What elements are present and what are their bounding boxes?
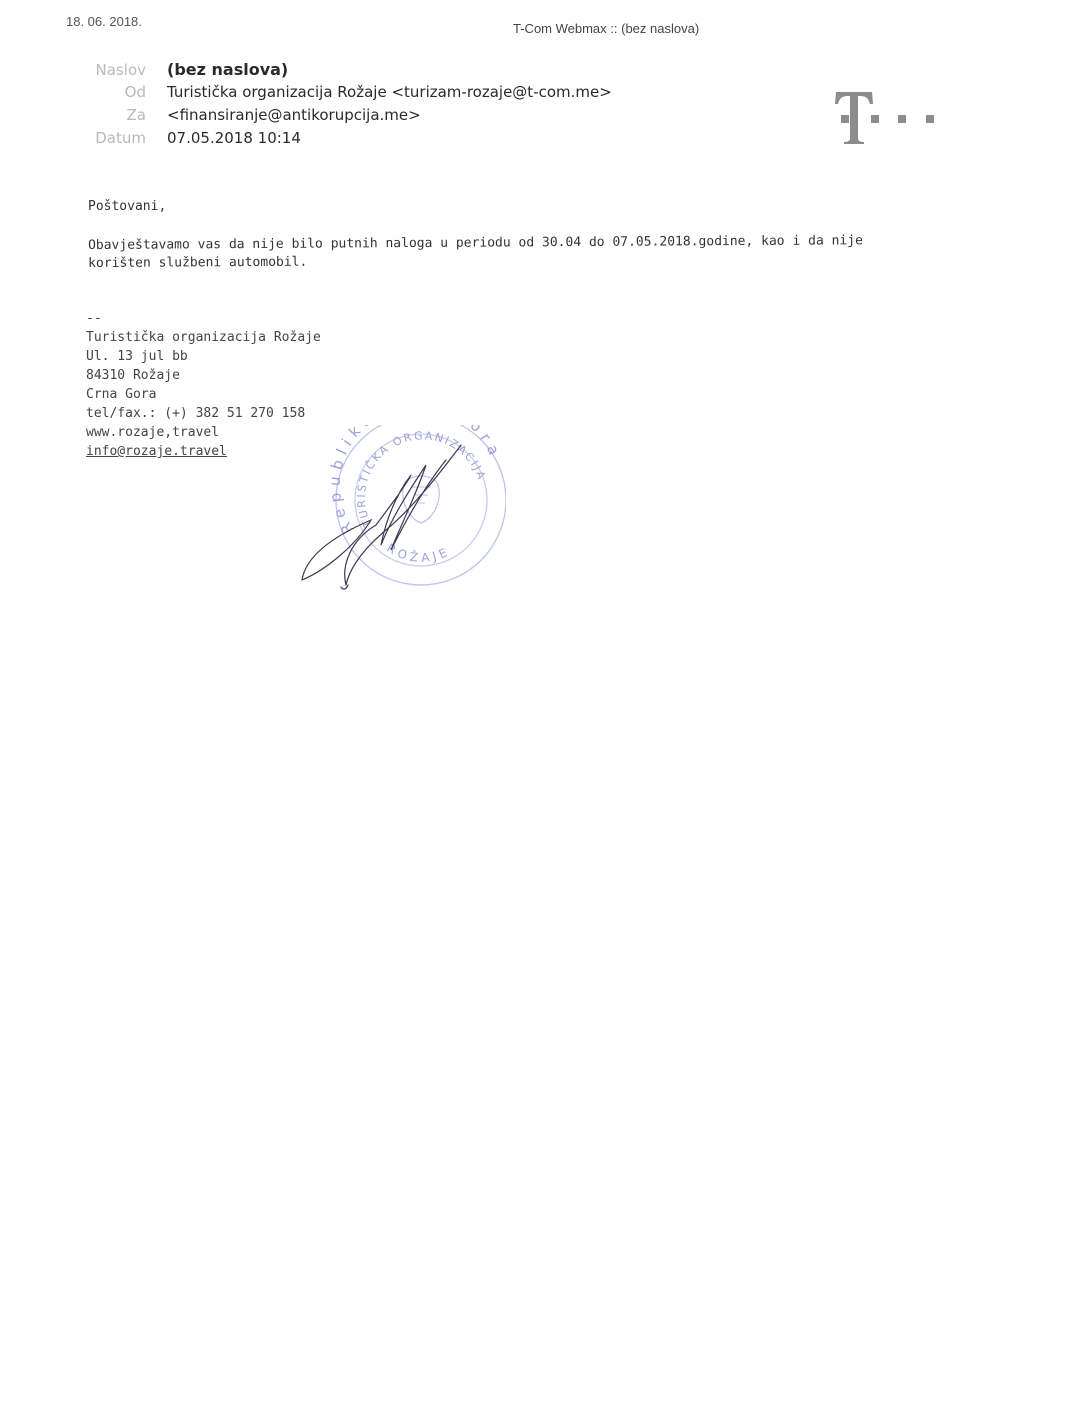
greeting: Poštovani, [88,198,988,216]
signature-email-link[interactable]: info@rozaje.travel [86,442,321,461]
date-row: Datum 07.05.2018 10:14 [80,129,612,152]
signature-street: Ul. 13 jul bb [86,347,321,366]
from-value: Turistička organizacija Rožaje <turizam-… [167,83,612,101]
signature-country: Crna Gora [86,385,321,404]
stamp-bottom-text: ROŽAJE [384,541,453,565]
print-date: 18. 06. 2018. [66,14,142,29]
svg-text:TURISTIČKA ORGANIZACIJA: TURISTIČKA ORGANIZACIJA [355,429,489,530]
date-label: Datum [80,129,167,147]
subject-label: Naslov [80,61,167,79]
message-paragraph: Obavještavamo vas da nije bilo putnih na… [88,232,988,273]
to-value: <finansiranje@antikorupcija.me> [167,106,421,124]
signature-phone: tel/fax.: (+) 382 51 270 158 [86,404,321,423]
subject-row: Naslov (bez naslova) [80,60,612,83]
stamp-inner-text: TURISTIČKA ORGANIZACIJA [355,429,489,530]
email-header: Naslov (bez naslova) Od Turistička organ… [80,60,612,152]
signature: -- Turistička organizacija Rožaje Ul. 13… [86,309,321,461]
signature-website: www.rozaje,travel [86,423,321,442]
to-row: Za <finansiranje@antikorupcija.me> [80,106,612,129]
svg-text:ROŽAJE: ROŽAJE [384,541,453,565]
from-row: Od Turistička organizacija Rožaje <turiz… [80,83,612,106]
from-label: Od [80,83,167,101]
signature-city: 84310 Rožaje [86,366,321,385]
signature-org-name: Turistička organizacija Rožaje [86,328,321,347]
subject-value: (bez naslova) [167,60,288,79]
print-page-title: T-Com Webmax :: (bez naslova) [513,21,699,36]
telekom-t-logo-icon [828,88,948,148]
date-value: 07.05.2018 10:14 [167,129,301,147]
to-label: Za [80,106,167,124]
signature-separator: -- [86,309,321,328]
signature-scribble-icon [302,445,461,589]
official-stamp-with-signature: Republika Crna Gora TURISTIČKA ORGANIZAC… [296,425,506,595]
email-body: Poštovani, Obavještavamo vas da nije bil… [88,198,988,273]
